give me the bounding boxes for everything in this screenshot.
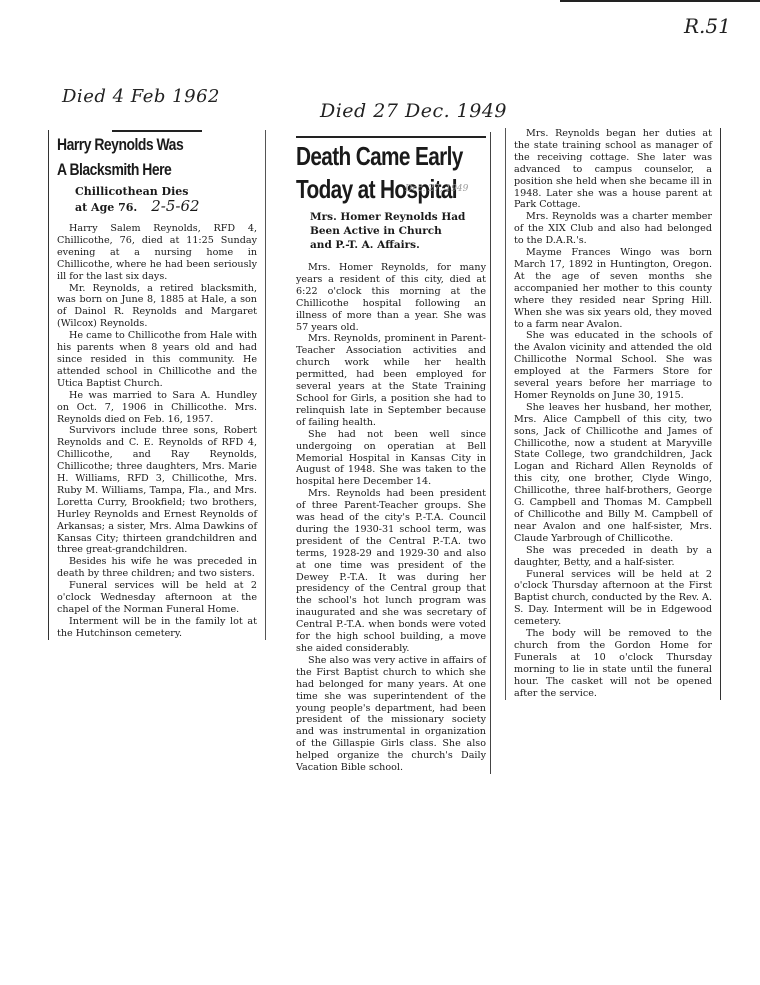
paragraph: Survivors include three sons, Robert Rey… [57,425,257,556]
headline-line-1: Death Came Early [296,142,448,171]
paragraph: The body will be removed to the church f… [514,628,712,699]
article-harry-reynolds: Harry Reynolds Was A Blacksmith Here Chi… [48,130,266,640]
subheadline-line-2: at Age 76.2-5-62 [75,199,257,215]
paragraph: She was educated in the schools of the A… [514,330,712,401]
paragraph: He came to Chillicothe from Hale with hi… [57,330,257,390]
article-mrs-homer-reynolds: Death Came Early Today at Hospital Mrs. … [292,132,491,774]
headline-line-2: A Blacksmith Here [57,159,221,180]
paragraph: Mrs. Reynolds, prominent in Parent-Teach… [296,333,486,428]
handwritten-death-date-mayme: Died 27 Dec. 1949 [320,100,507,122]
subheadline-line-1: Mrs. Homer Reynolds Had [310,210,486,224]
headline-rule [112,130,202,132]
article-mrs-homer-reynolds-continued: Mrs. Reynolds began her duties at the st… [505,128,721,700]
subheadline: Mrs. Homer Reynolds Had Been Active in C… [310,210,486,252]
faint-handwritten-date: Dec. 27, 1949 [405,184,468,194]
paragraph: Interment will be in the family lot at t… [57,616,257,640]
subheadline: Chillicothean Dies at Age 76.2-5-62 [75,184,257,215]
paragraph: She leaves her husband, her mother, Mrs.… [514,402,712,545]
paragraph: Mrs. Reynolds began her duties at the st… [514,128,712,211]
scan-edge-line [560,0,760,2]
paragraph: Funeral services will be held at 2 o'clo… [57,580,257,616]
paragraph: Mr. Reynolds, a retired blacksmith, was … [57,283,257,331]
headline-line-1: Harry Reynolds Was [57,134,221,155]
subheadline-line-3: and P.-T. A. Affairs. [310,238,486,252]
reference-number: R.51 [684,14,731,38]
paragraph: Harry Salem Reynolds, RFD 4, Chillicothe… [57,223,257,283]
paragraph: She also was very active in affairs of t… [296,655,486,774]
paragraph: Mrs. Reynolds had been president of thre… [296,488,486,655]
handwritten-death-date-harry: Died 4 Feb 1962 [62,86,220,107]
subheadline-line-2: Been Active in Church [310,224,486,238]
handwritten-clipping-date: 2-5-62 [151,197,199,215]
paragraph: Mrs. Reynolds was a charter member of th… [514,211,712,247]
paragraph: She had not been well since undergoing o… [296,429,486,489]
subheadline-text: at Age 76. [75,201,137,214]
paragraph: He was married to Sara A. Hundley on Oct… [57,390,257,426]
paragraph: She was preceded in death by a daughter,… [514,545,712,569]
paragraph: Mayme Frances Wingo was born March 17, 1… [514,247,712,330]
paragraph: Funeral services will be held at 2 o'clo… [514,569,712,629]
paragraph: Mrs. Homer Reynolds, for many years a re… [296,262,486,333]
paragraph: Besides his wife he was preceded in deat… [57,556,257,580]
headline-rule [296,136,486,138]
